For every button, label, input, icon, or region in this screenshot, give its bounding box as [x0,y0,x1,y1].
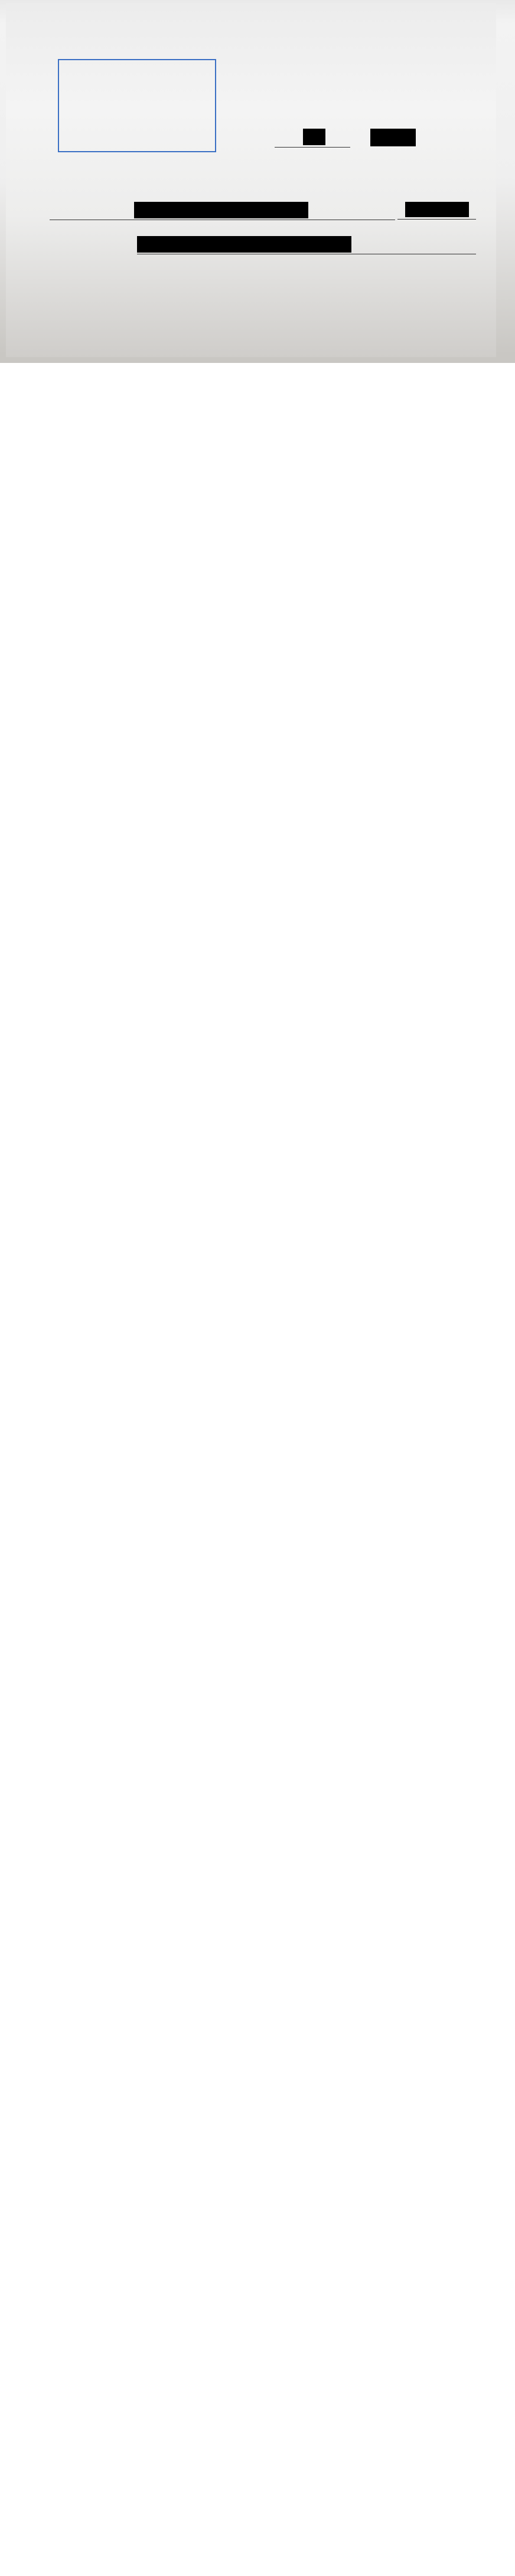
redacted-number [303,129,325,145]
redacted-dob [405,202,469,217]
redacted-fio [134,202,308,218]
redacted-region [137,236,351,253]
institution-stamp [58,59,216,152]
redacted-date [370,129,416,146]
photo-paper [6,3,496,357]
document-surgut-transport-conclusion [0,0,515,363]
